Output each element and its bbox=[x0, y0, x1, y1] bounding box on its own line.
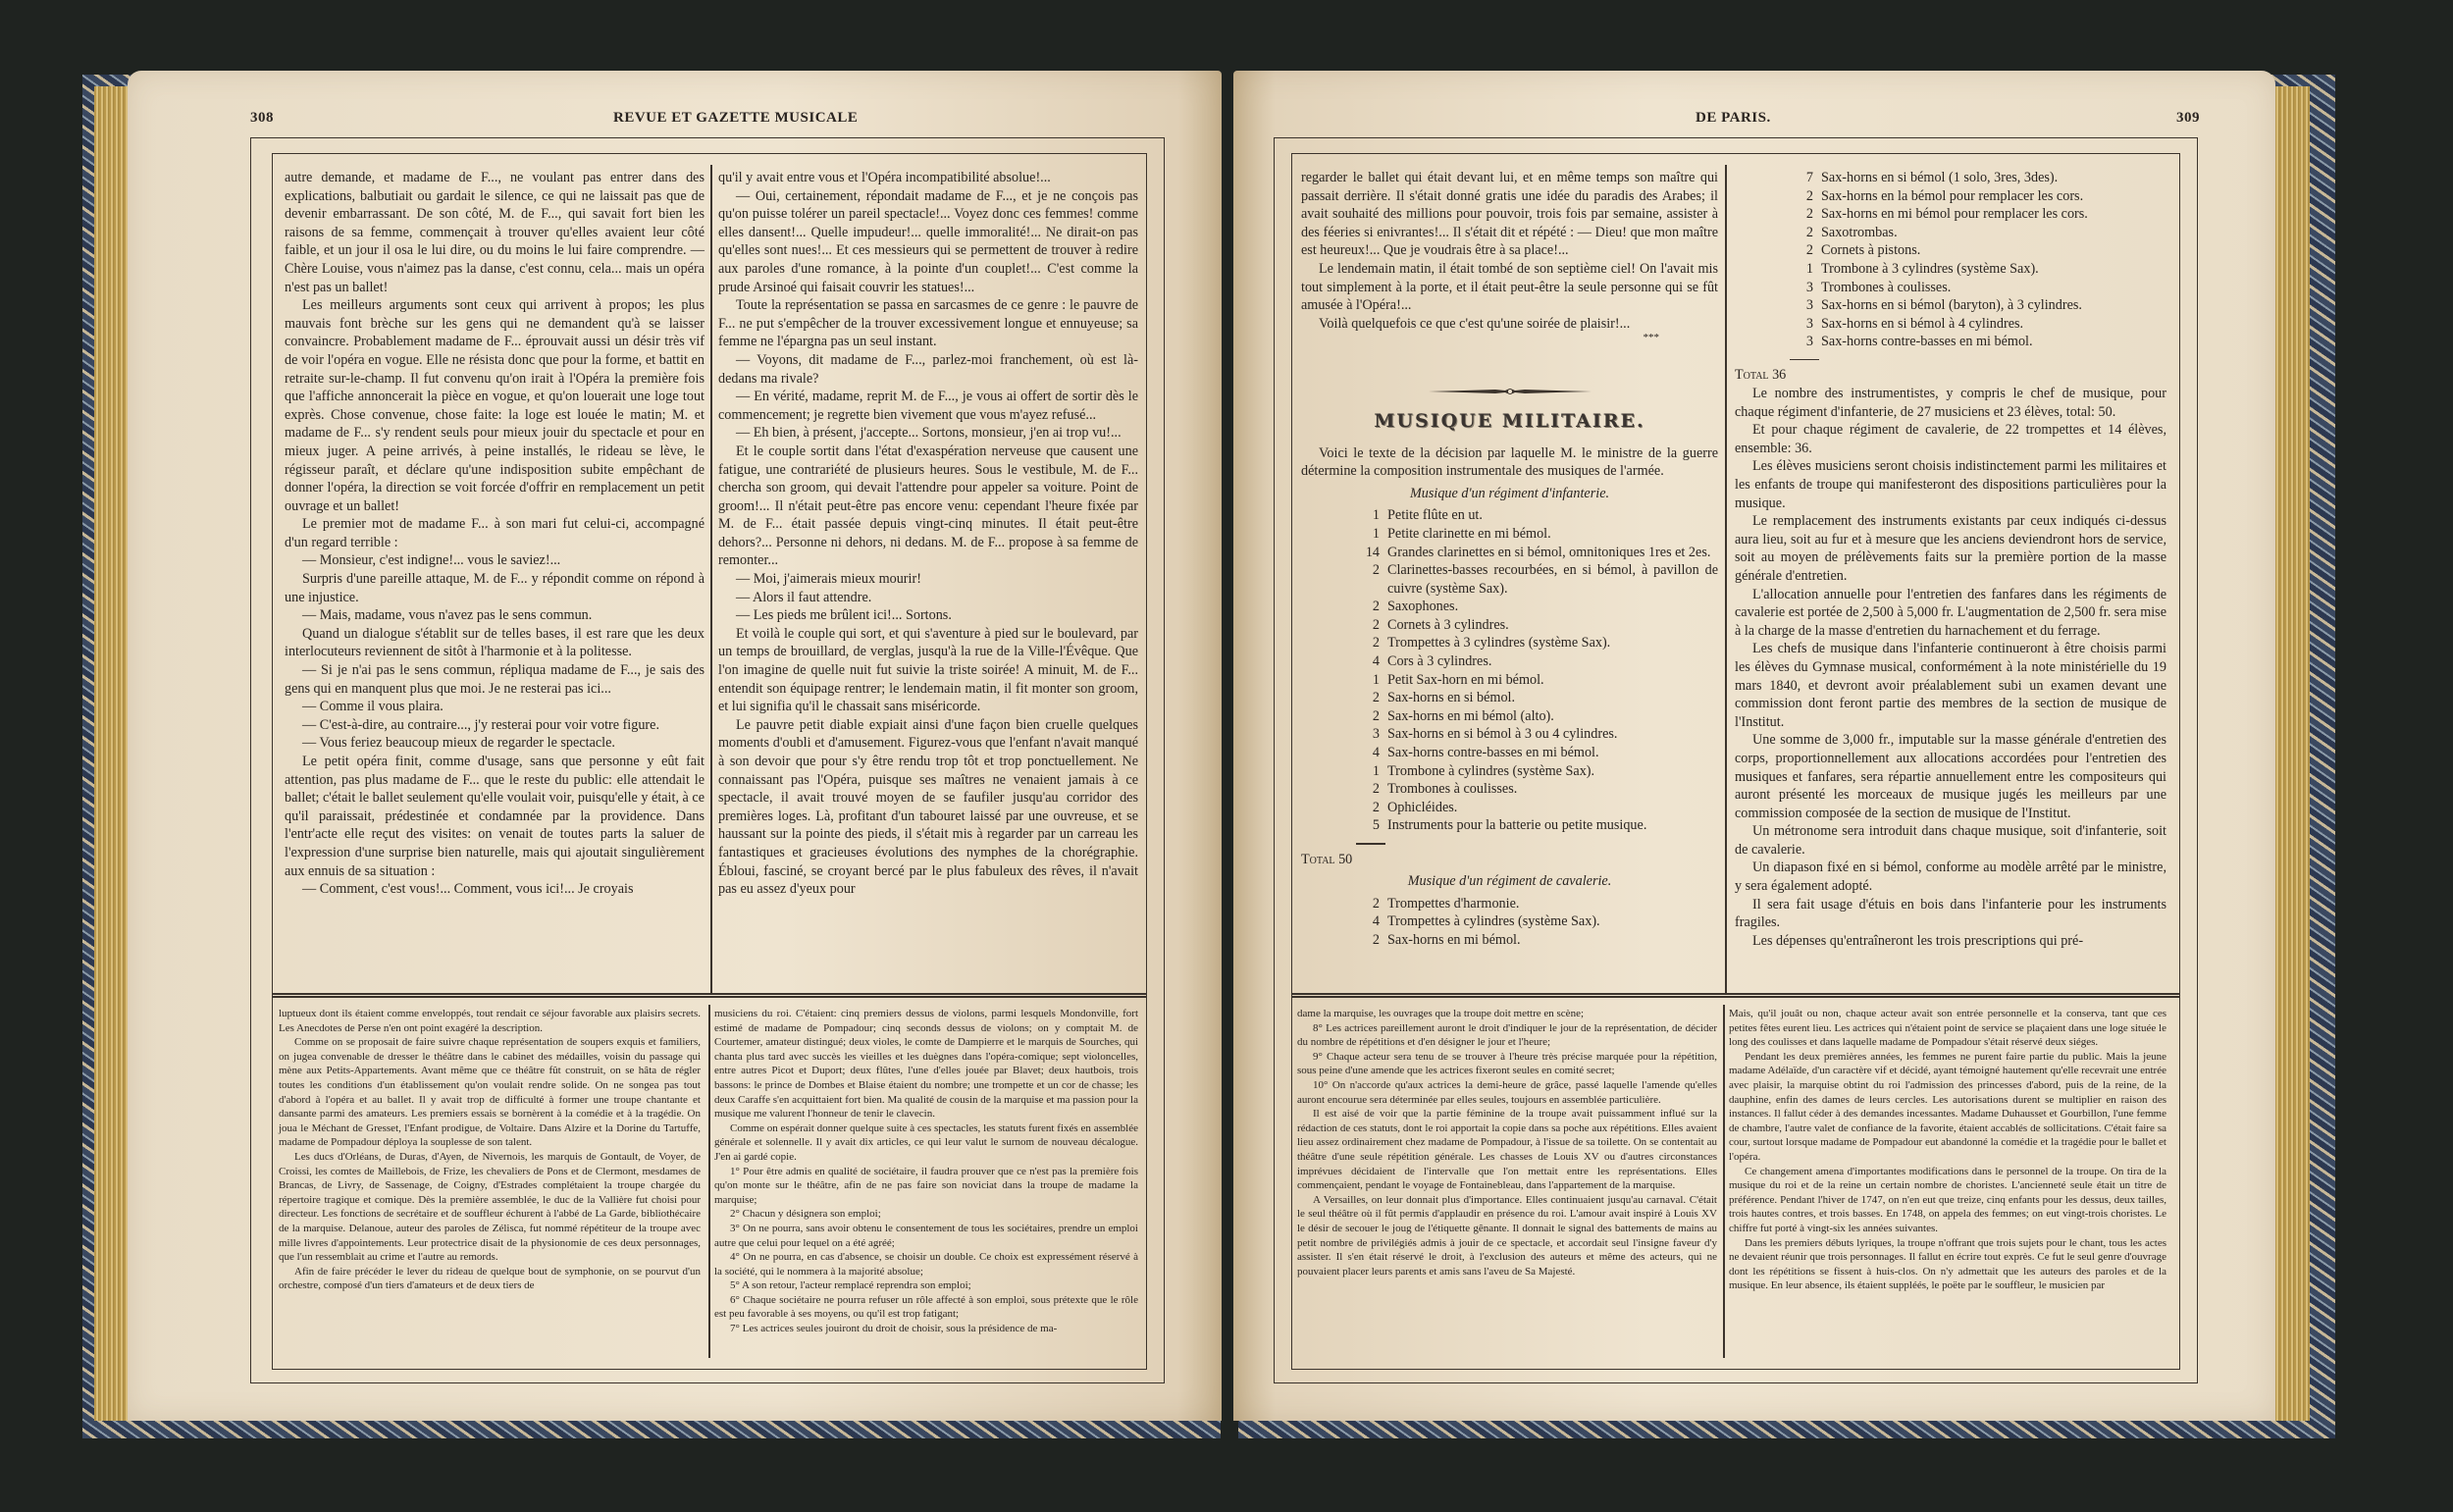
instrument-count: 7 bbox=[1790, 169, 1813, 187]
left-page-column-1: autre demande, et madame de F..., ne vou… bbox=[285, 169, 705, 899]
instrument-list-item: 2Cornets à 3 cylindres. bbox=[1301, 616, 1718, 635]
instrument-count: 1 bbox=[1356, 525, 1380, 544]
instrument-name: Grandes clarinettes en si bémol, omniton… bbox=[1387, 544, 1718, 562]
ornament-rule-icon bbox=[1427, 387, 1593, 396]
instrument-count: 2 bbox=[1356, 799, 1380, 817]
instrument-name: Trompettes d'harmonie. bbox=[1387, 895, 1718, 913]
instrument-name: Sax-horns contre-basses en mi bémol. bbox=[1387, 744, 1718, 762]
instrument-name: Cornets à 3 cylindres. bbox=[1387, 616, 1718, 635]
running-head-left: REVUE ET GAZETTE MUSICALE bbox=[613, 110, 858, 127]
instrument-count: 4 bbox=[1356, 652, 1380, 671]
instrument-list-item: 2Saxophones. bbox=[1301, 598, 1718, 616]
instrument-name: Petite clarinette en mi bémol. bbox=[1387, 525, 1718, 544]
instrument-list-item: 3Sax-horns contre-basses en mi bémol. bbox=[1735, 333, 2166, 351]
paragraph: Et voilà le couple qui sort, et qui s'av… bbox=[718, 625, 1138, 716]
instrument-name: Sax-horns en si bémol (baryton), à 3 cyl… bbox=[1821, 296, 2166, 315]
instrument-count: 2 bbox=[1790, 224, 1813, 242]
instrument-count: 1 bbox=[1790, 260, 1813, 279]
paragraph: qu'il y avait entre vous et l'Opéra inco… bbox=[718, 169, 1138, 187]
total-rule bbox=[1356, 843, 1385, 845]
instrument-list-item: 2Clarinettes-basses recourbées, en si bé… bbox=[1301, 561, 1718, 598]
instrument-name: Cors à 3 cylindres. bbox=[1387, 652, 1718, 671]
paragraph: — C'est-à-dire, au contraire..., j'y res… bbox=[285, 716, 705, 735]
paragraph: Afin de faire précéder le lever du ridea… bbox=[279, 1265, 701, 1293]
paragraph: Comme on espérait donner quelque suite à… bbox=[714, 1121, 1138, 1165]
instrument-list-item: 4Trompettes à cylindres (système Sax). bbox=[1301, 912, 1718, 931]
right-column-divider bbox=[1725, 165, 1727, 993]
left-foot-divider bbox=[708, 1005, 710, 1358]
paragraph: — Oui, certainement, répondait madame de… bbox=[718, 187, 1138, 297]
paragraph: 6° Chaque sociétaire ne pourra refuser u… bbox=[714, 1293, 1138, 1322]
instrument-list-item: 2Cornets à pistons. bbox=[1735, 241, 2166, 260]
instrument-count: 1 bbox=[1356, 762, 1380, 781]
paragraph: musiciens du roi. C'étaient: cinq premie… bbox=[714, 1007, 1138, 1121]
instrument-name: Cornets à pistons. bbox=[1821, 241, 2166, 260]
instrument-list-item: 2Ophicléides. bbox=[1301, 799, 1718, 817]
cavalry-total: Total 36 bbox=[1735, 366, 2166, 385]
instrument-name: Sax-horns en si bémol à 4 cylindres. bbox=[1821, 315, 2166, 334]
infantry-total: Total 50 bbox=[1301, 851, 1718, 869]
instrument-list-item: 3Sax-horns en si bémol (baryton), à 3 cy… bbox=[1735, 296, 2166, 315]
instrument-count: 2 bbox=[1356, 707, 1380, 726]
instrument-list-item: 2Sax-horns en mi bémol. bbox=[1301, 931, 1718, 950]
paragraph: 10° On n'accorde qu'aux actrices la demi… bbox=[1297, 1078, 1717, 1107]
instrument-name: Clarinettes-basses recourbées, en si bém… bbox=[1387, 561, 1718, 598]
paragraph: Les meilleurs arguments sont ceux qui ar… bbox=[285, 296, 705, 515]
instrument-name: Sax-horns en mi bémol (alto). bbox=[1387, 707, 1718, 726]
paragraph: Un diapason fixé en si bémol, conforme a… bbox=[1735, 859, 2166, 895]
cavalry-heading: Musique d'un régiment de cavalerie. bbox=[1301, 872, 1718, 891]
paragraph: luptueux dont ils étaient comme envelopp… bbox=[279, 1007, 701, 1035]
instrument-count: 2 bbox=[1356, 931, 1380, 950]
paragraph: Les élèves musiciens seront choisis indi… bbox=[1735, 457, 2166, 512]
right-page-column-1: regarder le ballet qui était devant lui,… bbox=[1301, 169, 1718, 949]
instrument-count: 14 bbox=[1356, 544, 1380, 562]
paragraph: 4° On ne pourra, en cas d'absence, se ch… bbox=[714, 1250, 1138, 1278]
instrument-list-item: 3Sax-horns en si bémol à 3 ou 4 cylindre… bbox=[1301, 725, 1718, 744]
instrument-list-item: 1Trombone à 3 cylindres (système Sax). bbox=[1735, 260, 2166, 279]
paragraph: Il sera fait usage d'étuis en bois dans … bbox=[1735, 896, 2166, 932]
instrument-list-item: 2Saxotrombas. bbox=[1735, 224, 2166, 242]
instrument-name: Sax-horns en si bémol (1 solo, 3res, 3de… bbox=[1821, 169, 2166, 187]
instrument-count: 2 bbox=[1356, 689, 1380, 707]
instrument-name: Trompettes à 3 cylindres (système Sax). bbox=[1387, 634, 1718, 652]
paragraph: — Eh bien, à présent, j'accepte... Sorto… bbox=[718, 424, 1138, 443]
instrument-list-item: 2Sax-horns en mi bémol (alto). bbox=[1301, 707, 1718, 726]
paragraph: — Alors il faut attendre. bbox=[718, 589, 1138, 607]
paragraph: regarder le ballet qui était devant lui,… bbox=[1301, 169, 1718, 260]
paragraph: — Les pieds me brûlent ici!... Sortons. bbox=[718, 606, 1138, 625]
instrument-count: 3 bbox=[1790, 279, 1813, 297]
paragraph: — Vous feriez beaucoup mieux de regarder… bbox=[285, 734, 705, 753]
paragraph: 7° Les actrices seules jouiront du droit… bbox=[714, 1322, 1138, 1336]
page-number-left: 308 bbox=[250, 110, 274, 127]
instrument-list-item: 3Sax-horns en si bémol à 4 cylindres. bbox=[1735, 315, 2166, 334]
left-feuilleton-column-1: luptueux dont ils étaient comme envelopp… bbox=[279, 1007, 701, 1293]
left-feuilleton-column-2: musiciens du roi. C'étaient: cinq premie… bbox=[714, 1007, 1138, 1336]
instrument-count: 2 bbox=[1356, 780, 1380, 799]
instrument-count: 2 bbox=[1356, 561, 1380, 598]
instrument-list-item: 4Cors à 3 cylindres. bbox=[1301, 652, 1718, 671]
paragraph: Mais, qu'il jouât ou non, chaque acteur … bbox=[1729, 1007, 2166, 1050]
page-edges-left bbox=[94, 86, 130, 1421]
paragraph: Le premier mot de madame F... à son mari… bbox=[285, 515, 705, 551]
instrument-count: 2 bbox=[1356, 634, 1380, 652]
instrument-name: Petite flûte en ut. bbox=[1387, 506, 1718, 525]
paragraph: Surpris d'une pareille attaque, M. de F.… bbox=[285, 570, 705, 606]
instrument-count: 5 bbox=[1356, 816, 1380, 835]
paragraph: — Comme il vous plaira. bbox=[285, 698, 705, 716]
total-label: Total bbox=[1735, 367, 1769, 383]
page-number-right: 309 bbox=[2176, 110, 2200, 127]
instrument-name: Sax-horns en si bémol. bbox=[1387, 689, 1718, 707]
instrument-name: Ophicléides. bbox=[1387, 799, 1718, 817]
paragraph: Et le couple sortit dans l'état d'exaspé… bbox=[718, 443, 1138, 570]
instrument-list-item: 2Sax-horns en la bémol pour remplacer le… bbox=[1735, 187, 2166, 206]
paragraph: — En vérité, madame, reprit M. de F..., … bbox=[718, 388, 1138, 424]
instrument-count: 2 bbox=[1356, 598, 1380, 616]
instrument-count: 3 bbox=[1790, 315, 1813, 334]
paragraph: 9° Chaque acteur sera tenu de se trouver… bbox=[1297, 1050, 1717, 1078]
paragraph: Et pour chaque régiment de cavalerie, de… bbox=[1735, 421, 2166, 457]
instrument-count: 2 bbox=[1790, 187, 1813, 206]
section-title: MUSIQUE MILITAIRE. bbox=[1301, 412, 1718, 431]
instrument-name: Trombones à coulisses. bbox=[1387, 780, 1718, 799]
instrument-count: 2 bbox=[1356, 895, 1380, 913]
instrument-name: Saxophones. bbox=[1387, 598, 1718, 616]
instrument-count: 4 bbox=[1356, 912, 1380, 931]
instrument-count: 3 bbox=[1790, 333, 1813, 351]
instrument-list-item: 1Trombone à cylindres (système Sax). bbox=[1301, 762, 1718, 781]
paragraph: Un métronome sera introduit dans chaque … bbox=[1735, 822, 2166, 859]
paragraph: Le petit opéra finit, comme d'usage, san… bbox=[285, 753, 705, 880]
paragraph: 2° Chacun y désignera son emploi; bbox=[714, 1207, 1138, 1222]
total-value: 50 bbox=[1338, 852, 1352, 867]
instrument-name: Petit Sax-horn en mi bémol. bbox=[1387, 671, 1718, 690]
paragraph: — Comment, c'est vous!... Comment, vous … bbox=[285, 880, 705, 899]
left-column-divider bbox=[710, 165, 712, 993]
section-intro: Voici le texte de la décision par laquel… bbox=[1301, 444, 1718, 481]
instrument-count: 3 bbox=[1790, 296, 1813, 315]
paragraph: A Versailles, on leur donnait plus d'imp… bbox=[1297, 1193, 1717, 1279]
paragraph: Dans les premiers débuts lyriques, la tr… bbox=[1729, 1236, 2166, 1293]
paragraph: Le remplacement des instruments existant… bbox=[1735, 512, 2166, 585]
total-value: 36 bbox=[1772, 367, 1786, 383]
paragraph: Pendant les deux premières années, les f… bbox=[1729, 1050, 2166, 1165]
paragraph: Les dépenses qu'entraîneront les trois p… bbox=[1735, 932, 2166, 951]
paragraph: Le pauvre petit diable expiait ainsi d'u… bbox=[718, 716, 1138, 899]
paragraph: — Monsieur, c'est indigne!... vous le sa… bbox=[285, 551, 705, 570]
paragraph: 8° Les actrices pareillement auront le d… bbox=[1297, 1021, 1717, 1050]
right-feuilleton-column-2: Mais, qu'il jouât ou non, chaque acteur … bbox=[1729, 1007, 2166, 1293]
instrument-name: Saxotrombas. bbox=[1821, 224, 2166, 242]
total-rule bbox=[1790, 359, 1819, 361]
paragraph: Une somme de 3,000 fr., imputable sur la… bbox=[1735, 731, 2166, 822]
instrument-list-item: 1Petite flûte en ut. bbox=[1301, 506, 1718, 525]
running-head-right: DE PARIS. bbox=[1696, 110, 1771, 127]
instrument-list-item: 2Trombones à coulisses. bbox=[1301, 780, 1718, 799]
instrument-name: Trompettes à cylindres (système Sax). bbox=[1387, 912, 1718, 931]
instrument-count: 1 bbox=[1356, 671, 1380, 690]
paragraph: L'allocation annuelle pour l'entretien d… bbox=[1735, 586, 2166, 641]
instrument-list-item: 2Trompettes d'harmonie. bbox=[1301, 895, 1718, 913]
instrument-list-item: 5Instruments pour la batterie ou petite … bbox=[1301, 816, 1718, 835]
paragraph: 1° Pour être admis en qualité de sociéta… bbox=[714, 1165, 1138, 1208]
paragraph: Quand un dialogue s'établit sur de telle… bbox=[285, 625, 705, 661]
instrument-name: Trombone à cylindres (système Sax). bbox=[1387, 762, 1718, 781]
instrument-name: Sax-horns en si bémol à 3 ou 4 cylindres… bbox=[1387, 725, 1718, 744]
paragraph: — Si je n'ai pas le sens commun, répliqu… bbox=[285, 661, 705, 698]
instrument-list-item: 2Trompettes à 3 cylindres (système Sax). bbox=[1301, 634, 1718, 652]
paragraph: Les chefs de musique dans l'infanterie c… bbox=[1735, 640, 2166, 731]
infantry-heading: Musique d'un régiment d'infanterie. bbox=[1301, 485, 1718, 503]
paragraph: Le nombre des instrumentistes, y compris… bbox=[1735, 385, 2166, 421]
instrument-name: Trombones à coulisses. bbox=[1821, 279, 2166, 297]
paragraph: autre demande, et madame de F..., ne vou… bbox=[285, 169, 705, 296]
paragraph: Il est aisé de voir que la partie fémini… bbox=[1297, 1107, 1717, 1193]
instrument-list-item: 14Grandes clarinettes en si bémol, omnit… bbox=[1301, 544, 1718, 562]
paragraph: Ce changement amena d'importantes modifi… bbox=[1729, 1165, 2166, 1236]
instrument-count: 2 bbox=[1790, 241, 1813, 260]
instrument-list-item: 4Sax-horns contre-basses en mi bémol. bbox=[1301, 744, 1718, 762]
right-page-column-2: 7Sax-horns en si bémol (1 solo, 3res, 3d… bbox=[1735, 169, 2166, 950]
paragraph: 3° On ne pourra, sans avoir obtenu le co… bbox=[714, 1222, 1138, 1250]
left-page-column-2: qu'il y avait entre vous et l'Opéra inco… bbox=[718, 169, 1138, 899]
instrument-count: 3 bbox=[1356, 725, 1380, 744]
instrument-count: 2 bbox=[1790, 205, 1813, 224]
paragraph: — Mais, madame, vous n'avez pas le sens … bbox=[285, 606, 705, 625]
instrument-name: Sax-horns en la bémol pour remplacer les… bbox=[1821, 187, 2166, 206]
instrument-count: 2 bbox=[1356, 616, 1380, 635]
paragraph: dame la marquise, les ouvrages que la tr… bbox=[1297, 1007, 1717, 1021]
right-feuilleton-column-1: dame la marquise, les ouvrages que la tr… bbox=[1297, 1007, 1717, 1278]
instrument-list-item: 1Petite clarinette en mi bémol. bbox=[1301, 525, 1718, 544]
paragraph: — Moi, j'aimerais mieux mourir! bbox=[718, 570, 1138, 589]
paragraph: — Voyons, dit madame de F..., parlez-moi… bbox=[718, 351, 1138, 388]
instrument-name: Sax-horns en mi bémol. bbox=[1387, 931, 1718, 950]
paragraph: Le lendemain matin, il était tombé de so… bbox=[1301, 260, 1718, 315]
instrument-list-item: 2Sax-horns en si bémol. bbox=[1301, 689, 1718, 707]
instrument-name: Sax-horns en mi bémol pour remplacer les… bbox=[1821, 205, 2166, 224]
right-foot-divider bbox=[1723, 1005, 1725, 1358]
instrument-name: Instruments pour la batterie ou petite m… bbox=[1387, 816, 1718, 835]
instrument-list-item: 1Petit Sax-horn en mi bémol. bbox=[1301, 671, 1718, 690]
paragraph: Les ducs d'Orléans, de Duras, d'Ayen, de… bbox=[279, 1150, 701, 1265]
instrument-list-item: 3Trombones à coulisses. bbox=[1735, 279, 2166, 297]
left-feuilleton-rule bbox=[272, 993, 1147, 998]
instrument-name: Trombone à 3 cylindres (système Sax). bbox=[1821, 260, 2166, 279]
instrument-list-item: 7Sax-horns en si bémol (1 solo, 3res, 3d… bbox=[1735, 169, 2166, 187]
page-edges-right bbox=[2274, 86, 2310, 1421]
instrument-count: 1 bbox=[1356, 506, 1380, 525]
instrument-name: Sax-horns contre-basses en mi bémol. bbox=[1821, 333, 2166, 351]
paragraph: 5° A son retour, l'acteur remplacé repre… bbox=[714, 1278, 1138, 1293]
right-feuilleton-rule bbox=[1291, 993, 2180, 998]
paragraph: Toute la représentation se passa en sarc… bbox=[718, 296, 1138, 351]
total-label: Total bbox=[1301, 852, 1335, 867]
instrument-list-item: 2Sax-horns en mi bémol pour remplacer le… bbox=[1735, 205, 2166, 224]
paragraph: Comme on se proposait de faire suivre ch… bbox=[279, 1035, 701, 1150]
instrument-count: 4 bbox=[1356, 744, 1380, 762]
section-ornament bbox=[1301, 387, 1718, 396]
